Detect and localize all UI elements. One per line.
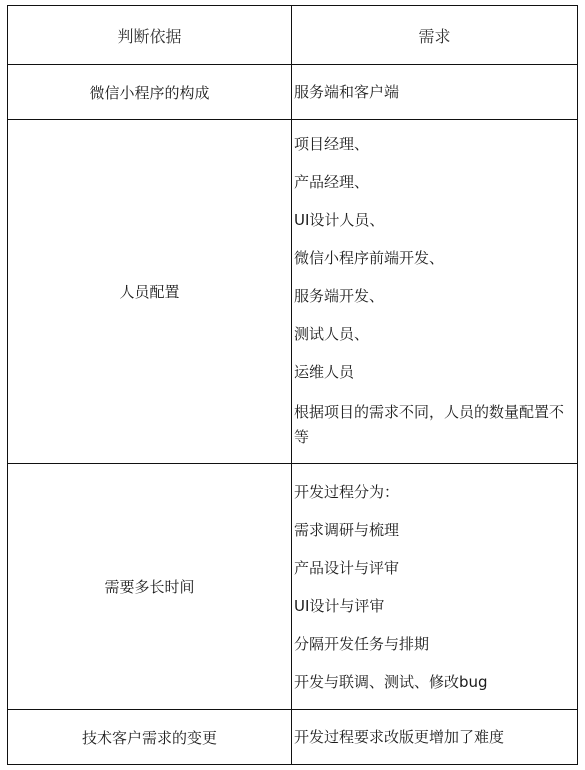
table-row: 需要多长时间 开发过程分为： 需求调研与梳理 产品设计与评审 UI设计与评审 分…	[8, 464, 578, 710]
requirement-line: 产品设计与评审	[294, 558, 577, 578]
table-row: 技术客户需求的变更 开发过程要求改版更增加了难度	[8, 710, 578, 765]
requirement-line: 根据项目的需求不同，人员的数量配置不等	[294, 400, 577, 450]
requirement-line: UI设计与评审	[294, 596, 577, 616]
requirement-line: 服务端和客户端	[294, 82, 577, 102]
requirement-line: 服务端开发、	[294, 286, 577, 306]
requirement-line: 分隔开发任务与排期	[294, 634, 577, 654]
requirement-line: 微信小程序前端开发、	[294, 248, 577, 268]
basis-cell: 技术客户需求的变更	[8, 710, 292, 765]
requirements-table: 判断依据 需求 微信小程序的构成 服务端和客户端 人员配置 项目经理、 产品经理…	[7, 5, 578, 765]
basis-cell: 人员配置	[8, 120, 292, 464]
table-row: 微信小程序的构成 服务端和客户端	[8, 65, 578, 120]
requirement-line: 开发与联调、测试、修改bug	[294, 672, 577, 692]
requirement-cell: 开发过程要求改版更增加了难度	[292, 710, 578, 765]
requirement-line: UI设计人员、	[294, 210, 577, 230]
requirement-line: 项目经理、	[294, 134, 577, 154]
requirement-cell: 服务端和客户端	[292, 65, 578, 120]
header-requirement: 需求	[292, 6, 578, 65]
requirement-line: 开发过程分为：	[294, 482, 577, 502]
requirement-line: 需求调研与梳理	[294, 520, 577, 540]
requirement-line: 开发过程要求改版更增加了难度	[294, 727, 577, 747]
header-basis: 判断依据	[8, 6, 292, 65]
basis-cell: 微信小程序的构成	[8, 65, 292, 120]
basis-cell: 需要多长时间	[8, 464, 292, 710]
table-row: 人员配置 项目经理、 产品经理、 UI设计人员、 微信小程序前端开发、 服务端开…	[8, 120, 578, 464]
requirement-line: 运维人员	[294, 362, 577, 382]
requirement-line: 测试人员、	[294, 324, 577, 344]
requirement-cell: 开发过程分为： 需求调研与梳理 产品设计与评审 UI设计与评审 分隔开发任务与排…	[292, 464, 578, 710]
table-header-row: 判断依据 需求	[8, 6, 578, 65]
requirement-cell: 项目经理、 产品经理、 UI设计人员、 微信小程序前端开发、 服务端开发、 测试…	[292, 120, 578, 464]
requirement-line: 产品经理、	[294, 172, 577, 192]
